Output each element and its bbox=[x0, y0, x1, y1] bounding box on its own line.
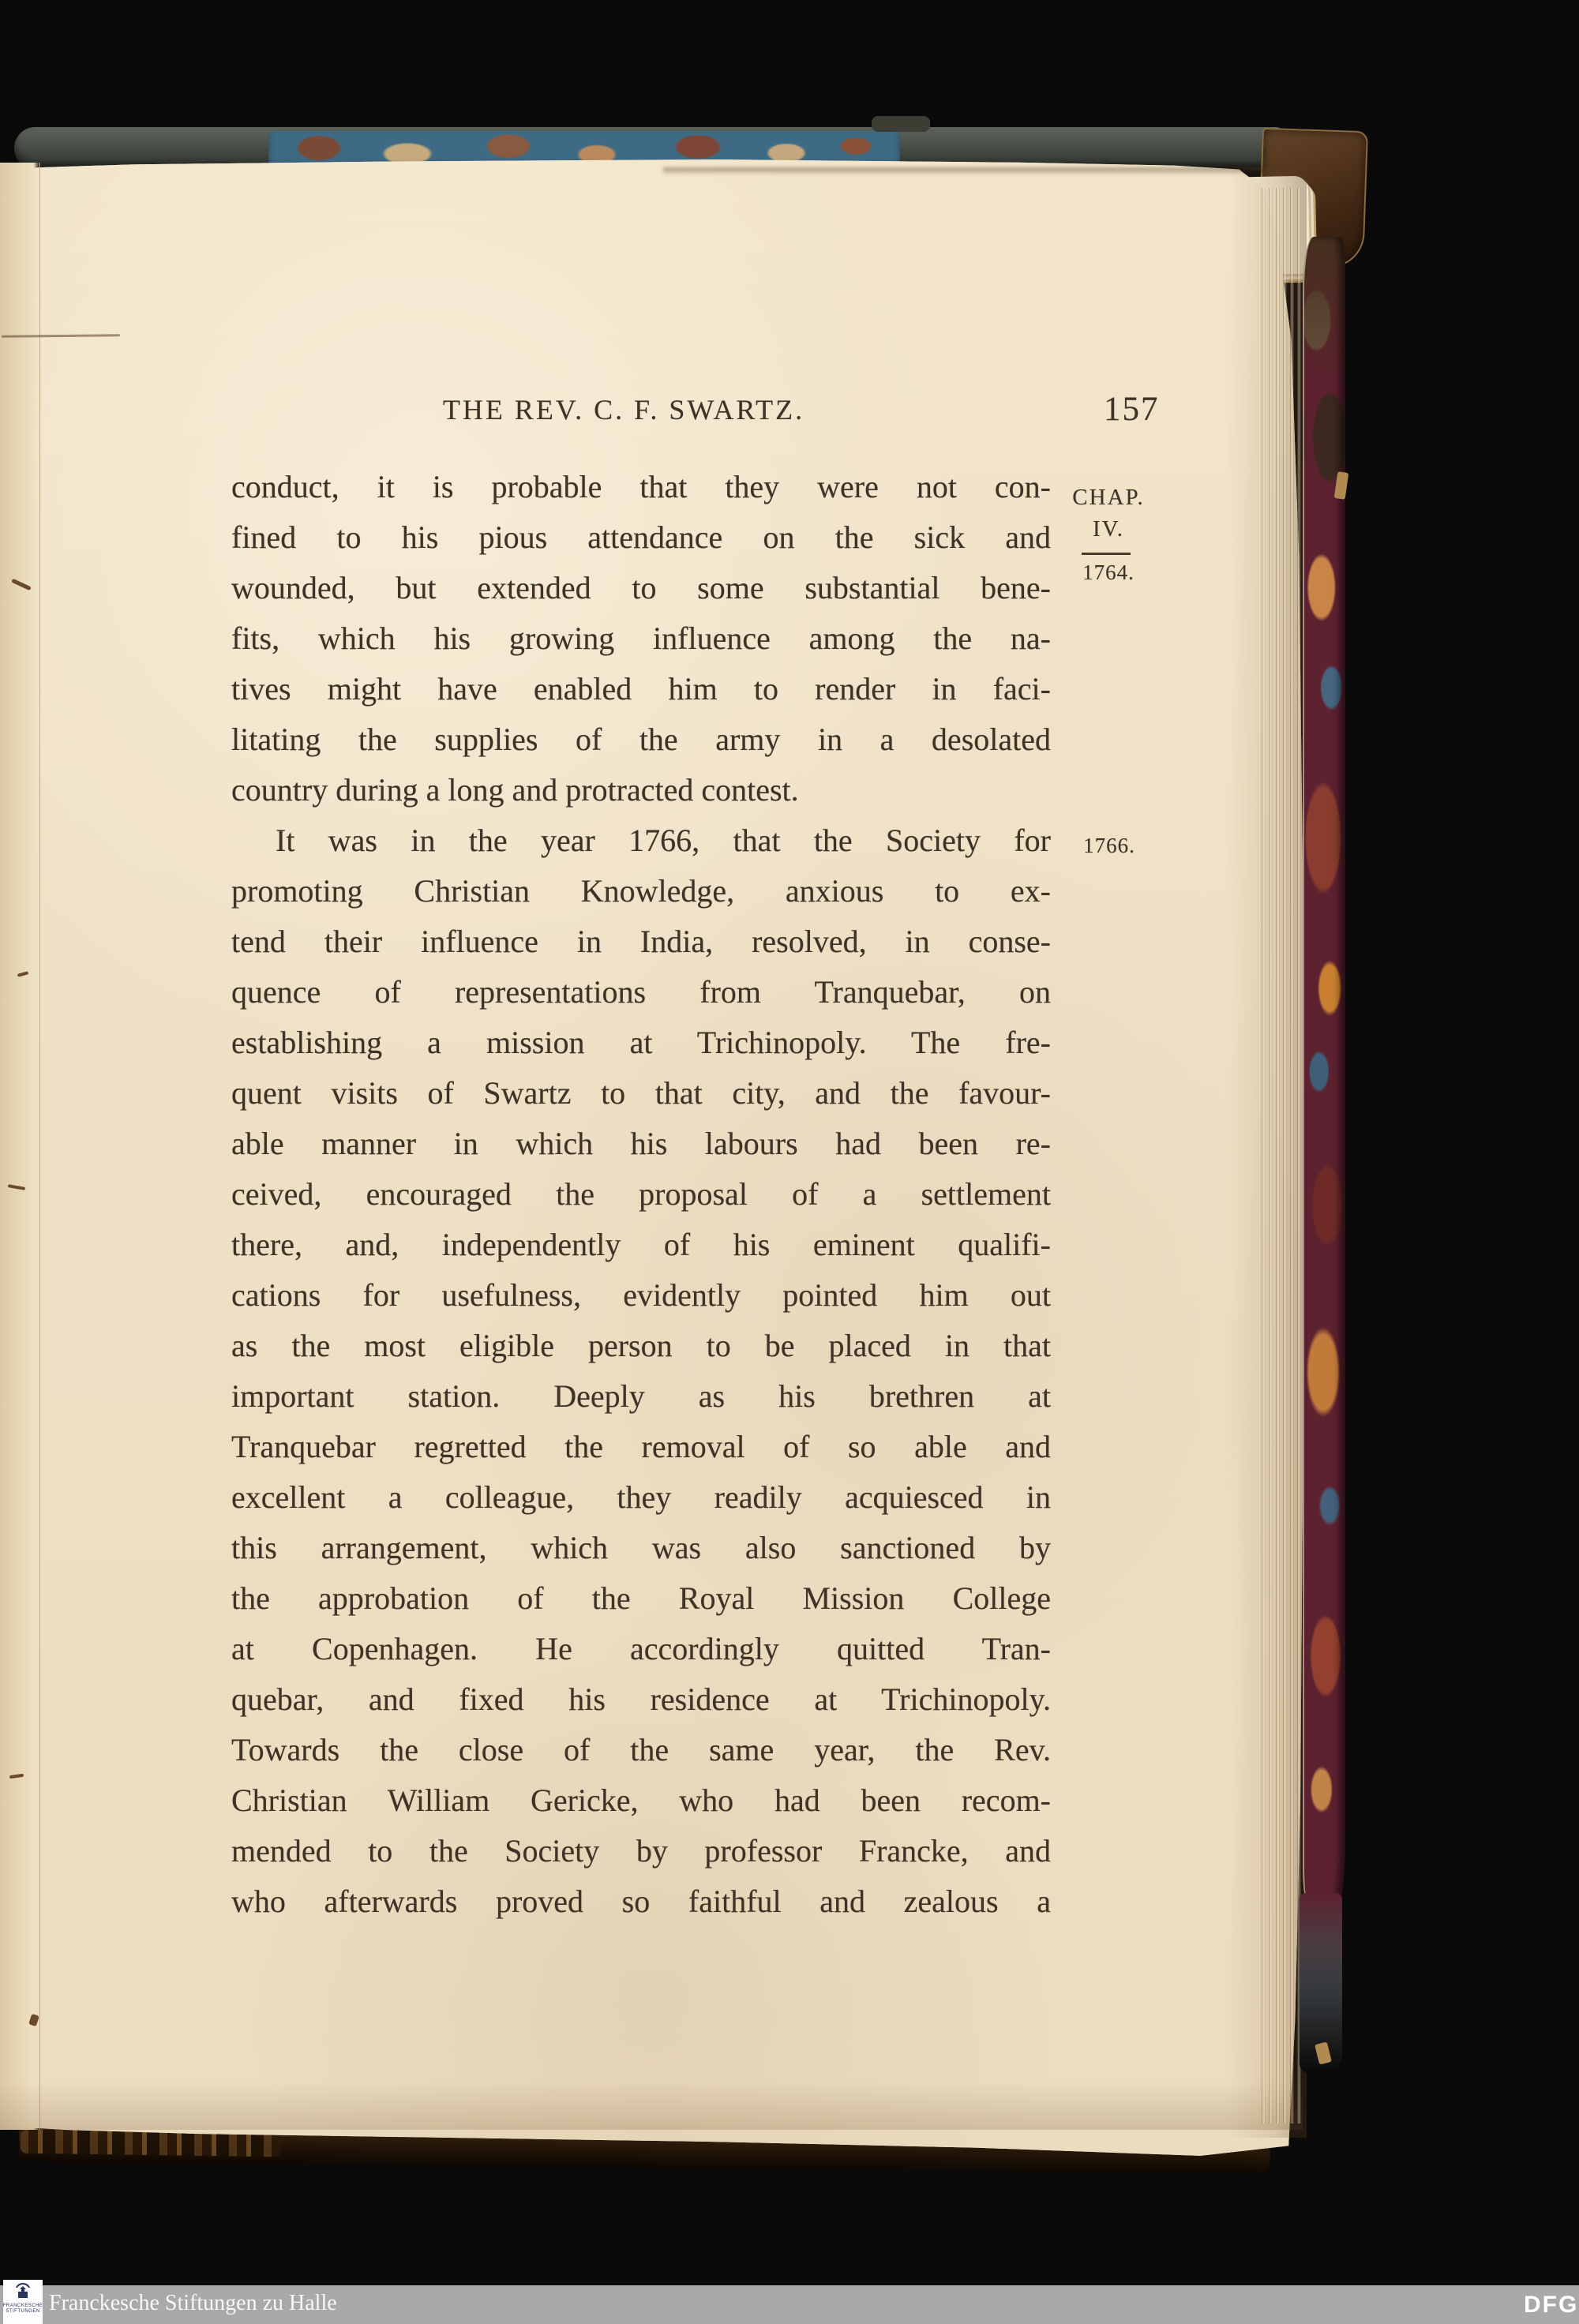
body-line: at Copenhagen. He accordingly quitted Tr… bbox=[231, 1624, 1051, 1674]
francke-logo-icon bbox=[13, 2282, 32, 2303]
body-line: cations for usefulness, evidently pointe… bbox=[231, 1270, 1051, 1321]
body-line: country during a long and protracted con… bbox=[231, 765, 1051, 815]
body-line: It was in the year 1766, that the Societ… bbox=[231, 815, 1051, 866]
body-line: as the most eligible person to be placed… bbox=[231, 1321, 1051, 1371]
margin-year-1766: 1766. bbox=[1058, 834, 1161, 858]
institution-name: Franckesche Stiftungen zu Halle bbox=[49, 2291, 337, 2316]
body-line: quent visits of Swartz to that city, and… bbox=[231, 1068, 1051, 1119]
scan-viewer-canvas: THE REV. C. F. SWARTZ. 157 CHAP. IV. 176… bbox=[0, 0, 1579, 2324]
body-line: establishing a mission at Trichinopoly. … bbox=[231, 1018, 1051, 1068]
margin-chapter-note: CHAP. IV. bbox=[1060, 482, 1157, 545]
body-line: tend their influence in India, resolved,… bbox=[231, 916, 1051, 967]
body-line: tives might have enabled him to render i… bbox=[231, 664, 1051, 714]
running-header: THE REV. C. F. SWARTZ. bbox=[213, 393, 1034, 426]
body-line: the approbation of the Royal Mission Col… bbox=[231, 1573, 1051, 1624]
body-line: able manner in which his labours had bee… bbox=[231, 1119, 1051, 1169]
body-text: conduct, it is probable that they were n… bbox=[231, 462, 1051, 1927]
body-line: promoting Christian Knowledge, anxious t… bbox=[231, 866, 1051, 916]
body-line: wounded, but extended to some substantia… bbox=[231, 563, 1051, 613]
francke-logo-caption-line1: FRANCKESCHE bbox=[3, 2303, 43, 2309]
page-number: 157 bbox=[1104, 390, 1160, 429]
page-stack-edge-lines bbox=[1258, 188, 1303, 2123]
margin-chapter-numeral: IV. bbox=[1060, 513, 1157, 545]
body-line: fined to his pious attendance on the sic… bbox=[231, 512, 1051, 563]
body-line: Tranquebar regretted the removal of so a… bbox=[231, 1422, 1051, 1472]
body-line: mended to the Society by professor Franc… bbox=[231, 1826, 1051, 1876]
body-line: quebar, and fixed his residence at Trich… bbox=[231, 1674, 1051, 1725]
body-line: fits, which his growing influence among … bbox=[231, 613, 1051, 664]
francke-logo-caption-line2: STIFTUNGEN bbox=[6, 2309, 39, 2315]
margin-year-1764: 1764. bbox=[1060, 560, 1157, 585]
body-line: conduct, it is probable that they were n… bbox=[231, 462, 1051, 512]
dfg-logo: DFG bbox=[1524, 2292, 1578, 2318]
body-line: litating the supplies of the army in a d… bbox=[231, 714, 1051, 765]
margin-rule bbox=[1082, 553, 1131, 555]
body-line: Christian William Gericke, who had been … bbox=[231, 1775, 1051, 1826]
francke-logo-box: FRANCKESCHE STIFTUNGEN bbox=[3, 2280, 43, 2324]
body-line: there, and, independently of his eminent… bbox=[231, 1220, 1051, 1270]
body-line: excellent a colleague, they readily acqu… bbox=[231, 1472, 1051, 1523]
body-line: important station. Deeply as his brethre… bbox=[231, 1371, 1051, 1422]
page-top-edge-shadow bbox=[663, 167, 1303, 175]
body-line: ceived, encouraged the proposal of a set… bbox=[231, 1169, 1051, 1220]
body-line: who afterwards proved so faithful and ze… bbox=[231, 1876, 1051, 1927]
body-line: this arrangement, which was also sanctio… bbox=[231, 1523, 1051, 1573]
margin-chapter-label: CHAP. bbox=[1060, 482, 1157, 513]
body-line: Towards the close of the same year, the … bbox=[231, 1725, 1051, 1775]
page-bottom-shadow bbox=[0, 2081, 1303, 2130]
book-top-edge-bump bbox=[872, 116, 930, 132]
page-gutter-fold bbox=[0, 163, 40, 2130]
body-line: quence of representations from Tranqueba… bbox=[231, 967, 1051, 1018]
